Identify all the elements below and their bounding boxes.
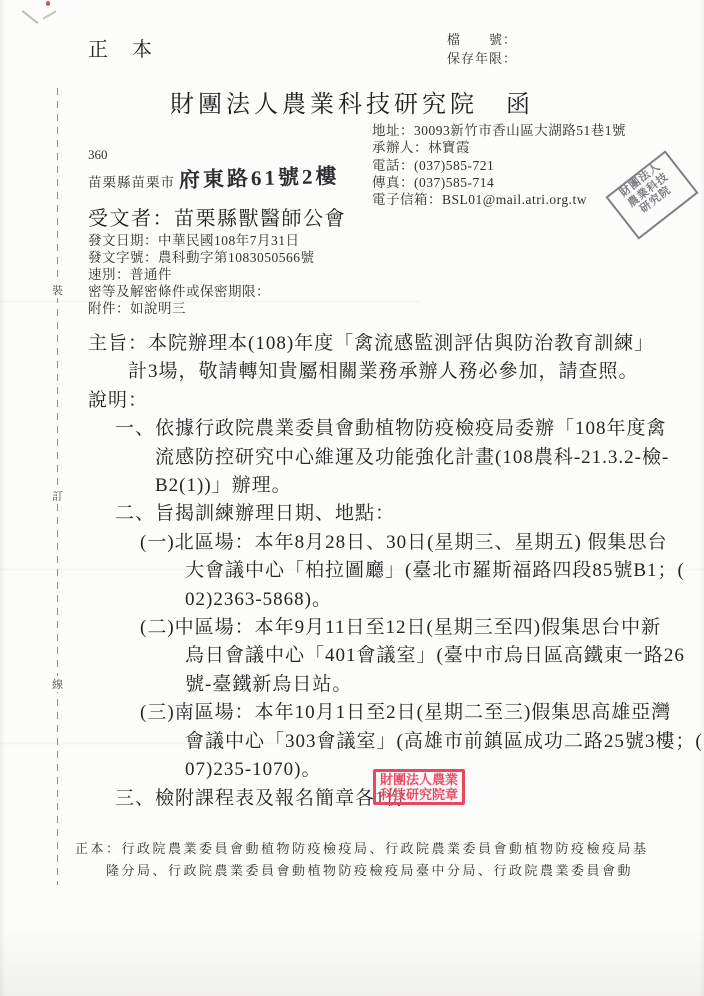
recipient-line: 受文者：苗栗縣獸醫師公會 [88, 202, 346, 231]
cc-line: 隆分局、行政院農業委員會動植物防疫檢疫局臺中分局、行政院農業委員會動 [75, 860, 649, 882]
body-line: 二、旨揭訓練辦理日期、地點： [88, 500, 703, 528]
document-title: 財團法人農業科技研究院 函 [0, 84, 704, 119]
file-number-block: 檔 號： 保存年限： [447, 30, 517, 68]
institute-seal-stamp: 財團法人農業 科技研究院章 [373, 769, 465, 805]
sender-address: 地址：30093新竹市香山區大湖路51巷1號 [372, 122, 626, 139]
ink-dot [46, 1, 50, 6]
document-page: 正 本 檔 號： 保存年限： 財團法人農業科技研究院 函 地址：30093新竹市… [0, 0, 704, 996]
stamp-text: 財團法人農業 [376, 772, 462, 787]
meta-line: 密等及解密條件或保密期限： [88, 283, 315, 300]
cc-line: 正本：行政院農業委員會動植物防疫檢疫局、行政院農業委員會動植物防疫檢疫局基 [75, 838, 649, 860]
staple-mark [43, 10, 57, 19]
meta-line: 附件：如說明三 [88, 300, 315, 317]
body-line: 會議中心「303會議室」(高雄市前鎮區成功二路25號3樓；( [88, 728, 703, 756]
sender-phone: 電話：(037)585-721 [372, 157, 626, 174]
cc-recipients-block: 正本：行政院農業委員會動植物防疫檢疫局、行政院農業委員會動植物防疫檢疫局基隆分局… [75, 838, 649, 882]
document-meta-block: 發文日期：中華民國108年7月31日發文字號：農科動字第1083050566號速… [88, 232, 315, 317]
sender-email: 電子信箱：BSL01@mail.atri.org.tw [372, 191, 626, 208]
body-line: B2(1))」辦理。 [88, 472, 703, 500]
sender-fax: 傳真：(037)585-714 [372, 174, 626, 191]
meta-line: 發文日期：中華民國108年7月31日 [88, 232, 315, 249]
body-line: 02)2363-5868)。 [88, 586, 703, 614]
recipient-address-handwritten: 府東路61號2樓 [179, 160, 340, 194]
staple-mark [22, 10, 39, 24]
meta-line: 發文字號：農科動字第1083050566號 [88, 249, 315, 266]
sender-contact-person: 承辦人：林寶霞 [372, 139, 626, 156]
body-line: 流感防控研究中心維運及功能強化計畫(108農科-21.3.2-檢- [88, 444, 703, 472]
body-line: 大會議中心「柏拉圖廳」(臺北市羅斯福路四段85號B1；( [88, 557, 703, 585]
recipient-address-printed: 苗栗縣苗栗市 [88, 175, 175, 190]
file-number-label: 檔 號： [447, 30, 517, 49]
binding-mark: 裝 [51, 282, 64, 298]
body-line: 計3場，敬請轉知貴屬相關業務承辦人務必參加，請查照。 [88, 358, 703, 386]
body-line: 主旨：本院辦理本(108)年度「禽流感監測評估與防治教育訓練」 [88, 330, 703, 358]
sender-info-block: 地址：30093新竹市香山區大湖路51巷1號 承辦人：林寶霞 電話：(037)5… [372, 122, 626, 208]
document-body: 主旨：本院辦理本(108)年度「禽流感監測評估與防治教育訓練」計3場，敬請轉知貴… [88, 330, 703, 813]
binding-mark: 訂 [51, 488, 64, 504]
meta-line: 速別：普通件 [88, 266, 315, 283]
retention-period-label: 保存年限： [447, 49, 517, 68]
recipient-zip-code: 360 [88, 147, 108, 163]
recipient-address-line: 苗栗縣苗栗市 府東路61號2樓 [88, 164, 340, 194]
body-line: (二)中區場：本年9月11日至12日(星期三至四)假集思台中新 [88, 614, 703, 642]
copy-type-label: 正 本 [88, 33, 154, 62]
body-line: (三)南區場：本年10月1日至2日(星期二至三)假集思高雄亞灣 [88, 699, 703, 727]
body-line: 烏日會議中心「401會議室」(臺中市烏日區高鐵東一路26 [88, 642, 703, 670]
binding-dashed-line [57, 88, 58, 885]
body-line: 說明： [88, 387, 703, 415]
binding-mark: 線 [51, 676, 64, 692]
body-line: 號-臺鐵新烏日站。 [88, 671, 703, 699]
body-line: 一、依據行政院農業委員會動植物防疫檢疫局委辦「108年度禽 [88, 415, 703, 443]
stamp-text: 科技研究院章 [376, 787, 462, 802]
body-line: (一)北區場：本年8月28日、30日(星期三、星期五) 假集思台 [88, 529, 703, 557]
